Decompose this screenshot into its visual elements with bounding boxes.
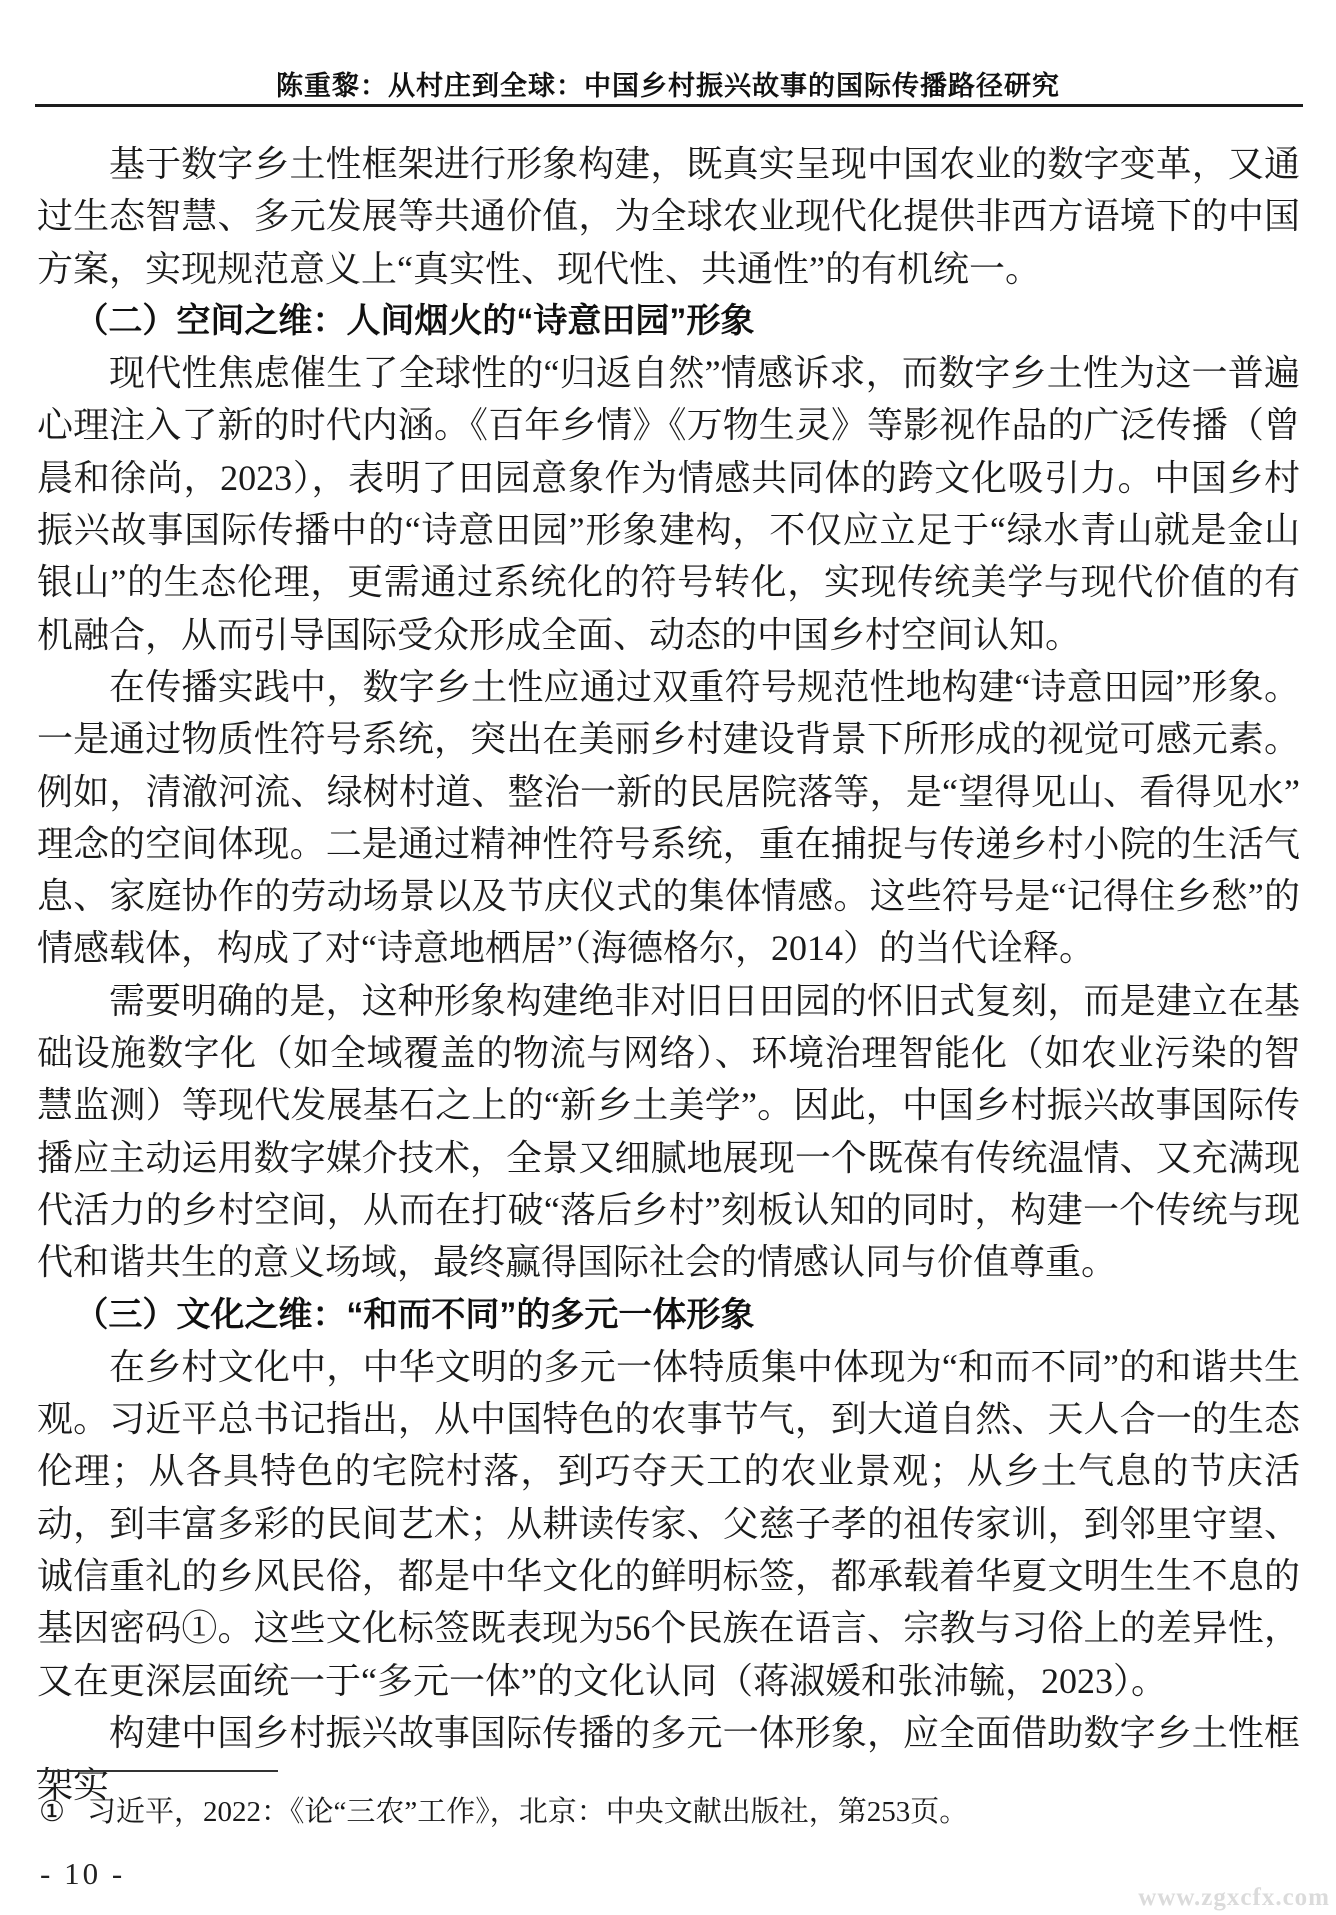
site-watermark: www.zgxcfx.com bbox=[1138, 1884, 1330, 1912]
paragraph-2: 现代性焦虑催生了全球性的“归返自然”情感诉求，而数字乡土性为这一普遍心理注入了新… bbox=[37, 347, 1300, 661]
section-heading-culture: （三）文化之维：“和而不同”的多元一体形象 bbox=[37, 1289, 1300, 1341]
footnote-separator bbox=[37, 1770, 278, 1772]
paragraph-4: 需要明确的是，这种形象构建绝非对旧日田园的怀旧式复刻，而是建立在基础设施数字化（… bbox=[37, 975, 1300, 1289]
paragraph-3: 在传播实践中，数字乡土性应通过双重符号规范性地构建“诗意田园”形象。一是通过物质… bbox=[37, 661, 1300, 975]
footnote: ①习近平，2022：《论“三农”工作》，北京：中央文献出版社，第253页。 bbox=[39, 1792, 1300, 1832]
page-number: - 10 - bbox=[40, 1856, 125, 1892]
paragraph-1: 基于数字乡土性框架进行形象构建，既真实呈现中国农业的数字变革，又通过生态智慧、多… bbox=[37, 138, 1300, 295]
footnote-marker: ① bbox=[39, 1796, 65, 1828]
footnote-text: 习近平，2022：《论“三农”工作》，北京：中央文献出版社，第253页。 bbox=[87, 1796, 968, 1828]
paragraph-5: 在乡村文化中，中华文明的多元一体特质集中体现为“和而不同”的和谐共生观。习近平总… bbox=[37, 1341, 1300, 1707]
document-page: 陈重黎：从村庄到全球：中国乡村振兴故事的国际传播路径研究 基于数字乡土性框架进行… bbox=[0, 0, 1336, 1915]
article-body: 基于数字乡土性框架进行形象构建，既真实呈现中国农业的数字变革，又通过生态智慧、多… bbox=[37, 104, 1300, 1812]
running-head: 陈重黎：从村庄到全球：中国乡村振兴故事的国际传播路径研究 bbox=[0, 64, 1336, 103]
section-heading-space: （二）空间之维：人间烟火的“诗意田园”形象 bbox=[37, 295, 1300, 347]
